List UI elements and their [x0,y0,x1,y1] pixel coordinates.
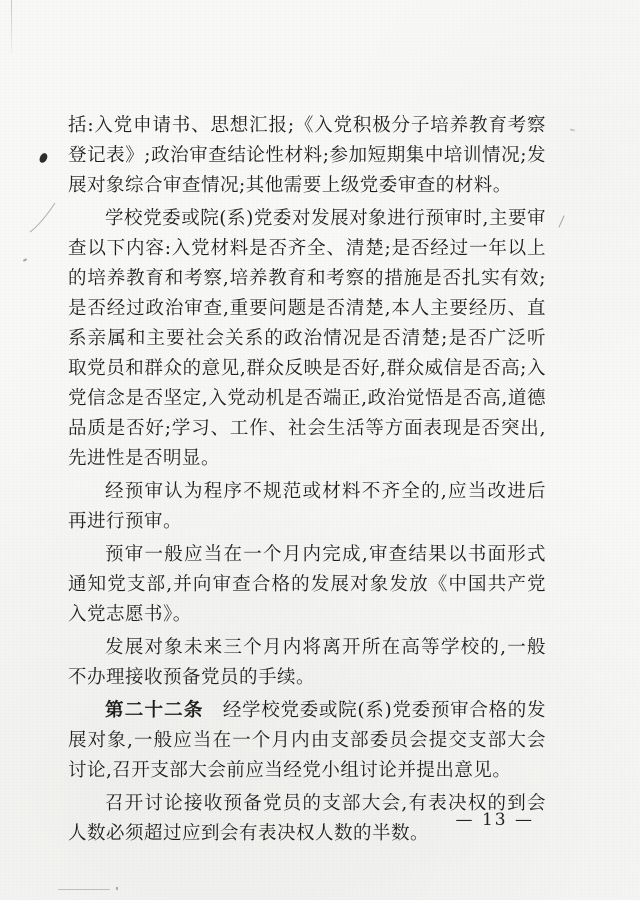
scratch-mark-artifact [558,215,564,227]
article-number-label: 第二十二条 [105,700,204,721]
scanned-document-page: 括:入党申请书、思想汇报;《入党积极分子培养教育考察登记表》;政治审查结论性材料… [0,0,640,900]
speck-artifact [116,887,118,890]
paragraph-article-22: 第二十二条 经学校党委或院(系)党委预审合格的发展对象,一般应当在一个月内由支部… [68,696,546,786]
page-number: — 13 — [456,810,534,830]
scratch-mark-artifact [28,200,58,234]
speck-artifact [23,258,27,262]
document-body: 括:入党申请书、思想汇报;《入党积极分子培养教育考察登记表》;政治审查结论性材料… [68,111,546,852]
paragraph: 学校党委或院(系)党委对发展对象进行预审时,主要审查以下内容:入党材料是否齐全、… [68,204,546,474]
paragraph: 发展对象未来三个月内将离开所在高等学校的,一般不办理接收预备党员的手续。 [68,633,546,693]
scan-edge-line-artifact [58,889,110,890]
paragraph: 经预审认为程序不规范或材料不齐全的,应当改进后再进行预审。 [68,477,546,537]
paragraph: 括:入党申请书、思想汇报;《入党积极分子培养教育考察登记表》;政治审查结论性材料… [68,111,546,201]
scan-edge-line-artifact [11,0,12,54]
ink-blot-artifact [39,152,49,164]
speck-artifact [570,129,575,132]
paragraph: 预审一般应当在一个月内完成,审查结果以书面形式通知党支部,并向审查合格的发展对象… [68,540,546,630]
